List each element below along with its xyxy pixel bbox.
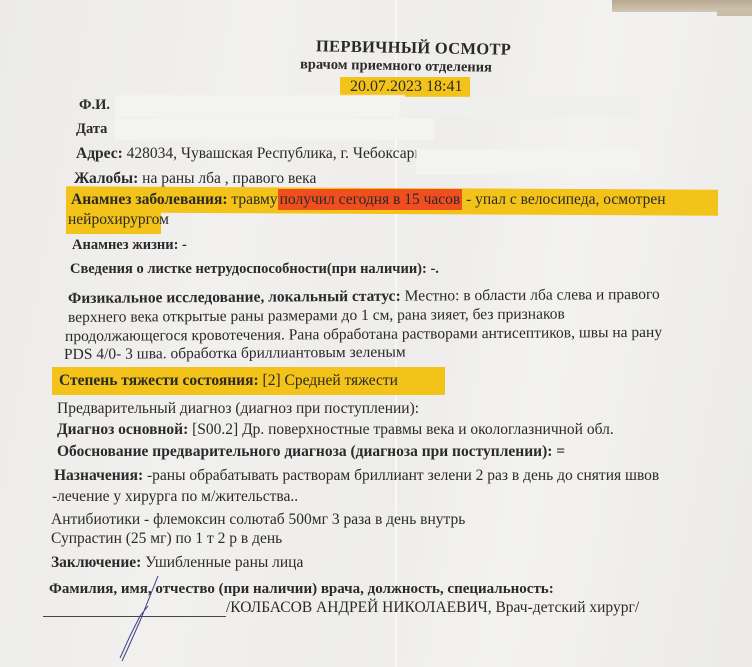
prescriptions-text-3: Антибиотики - флемоксин солютаб 500мг 3 … bbox=[51, 511, 465, 529]
prelim-diagnosis: Предварительный диагноз (диагноз при пос… bbox=[57, 400, 419, 418]
prescriptions-text-2: -лечение у хирурга по м/жительства.. bbox=[52, 488, 298, 506]
anamnesis-disease-highlight: получил сегодня в 15 часов bbox=[278, 189, 463, 210]
conclusion-row: Заключение: Ушибленные раны лица bbox=[51, 554, 303, 572]
background-edge bbox=[717, 10, 752, 16]
doctor-name: /КОЛБАСОВ АНДРЕЙ НИКОЛАЕВИЧ, Врач-детски… bbox=[226, 599, 639, 617]
conclusion-value: Ушибленные раны лица bbox=[145, 554, 303, 571]
physical-row: Физикальное исследование, локальный стат… bbox=[68, 286, 660, 308]
severity-label: Степень тяжести состояния: bbox=[59, 372, 259, 389]
prescriptions-label: Назначения: bbox=[54, 467, 143, 484]
address-value: 428034, Чувашская Республика, г. Чебокса… bbox=[127, 145, 425, 162]
severity-value: [2] Средней тяжести bbox=[263, 372, 398, 389]
complaints-value: на раны лба , правого века bbox=[142, 170, 316, 187]
complaints-row: Жалобы: на раны лба , правого века bbox=[74, 170, 316, 188]
main-diagnosis-row: Диагноз основной: [S00.2] Др. поверхност… bbox=[57, 421, 614, 439]
anamnesis-disease-row: Анамнез заболевания: травмуполучил сегод… bbox=[71, 191, 666, 209]
physical-text-1: Местно: в области лба слева и правого bbox=[405, 286, 660, 305]
anamnesis-disease-line2: нейрохирургом bbox=[68, 211, 169, 229]
redacted-date bbox=[114, 118, 434, 140]
anamnesis-disease-text: травму bbox=[231, 191, 277, 208]
fio-label: Ф.И. bbox=[79, 97, 110, 114]
anamnesis-disease-label: Анамнез заболевания: bbox=[71, 191, 228, 208]
redacted-address bbox=[416, 149, 641, 175]
severity-row: Степень тяжести состояния: [2] Средней т… bbox=[59, 372, 398, 390]
redacted-fio-2 bbox=[400, 97, 640, 117]
complaints-label: Жалобы: bbox=[74, 170, 138, 187]
physical-text-4: PDS 4/0- 3 шва. обработка бриллиантовым … bbox=[64, 344, 406, 364]
datetime-badge: 20.07.2023 18:41 bbox=[340, 77, 470, 97]
date-label: Дата bbox=[76, 121, 107, 138]
physical-text-2: верхнего века открытые раны размерами до… bbox=[68, 306, 565, 327]
sick-leave-info: Сведения о листке нетрудоспособности(при… bbox=[70, 261, 439, 278]
main-diagnosis-label: Диагноз основной: bbox=[57, 421, 188, 438]
physical-text-3: продолжающегося кровотечения. Рана обраб… bbox=[65, 324, 662, 346]
prescriptions-text-1: -раны обрабатывать растворам бриллиант з… bbox=[147, 467, 659, 484]
prescriptions-row: Назначения: -раны обрабатывать растворам… bbox=[54, 467, 659, 485]
signature-scribble bbox=[110, 576, 170, 666]
address-row: Адрес: 428034, Чувашская Республика, г. … bbox=[76, 145, 425, 163]
prescriptions-text-4: Супрастин (25 мг) по 1 т 2 р в день bbox=[51, 530, 282, 548]
physical-label: Физикальное исследование, локальный стат… bbox=[68, 288, 401, 307]
diagnosis-justification: Обоснование предварительного диагноза (д… bbox=[57, 443, 565, 461]
document-page: ПЕРВИЧНЫЙ ОСМОТР врачом приемного отделе… bbox=[0, 0, 752, 667]
main-diagnosis-value: [S00.2] Др. поверхностные травмы века и … bbox=[192, 421, 614, 438]
redacted-fio bbox=[115, 95, 405, 117]
conclusion-label: Заключение: bbox=[51, 554, 141, 571]
document-subtitle: врачом приемного отделения bbox=[300, 56, 492, 76]
address-label: Адрес: bbox=[76, 145, 123, 162]
anamnesis-disease-text-2: - упал с велосипеда, осмотрен bbox=[462, 191, 665, 208]
anamnesis-life: Анамнез жизни: - bbox=[72, 237, 187, 254]
